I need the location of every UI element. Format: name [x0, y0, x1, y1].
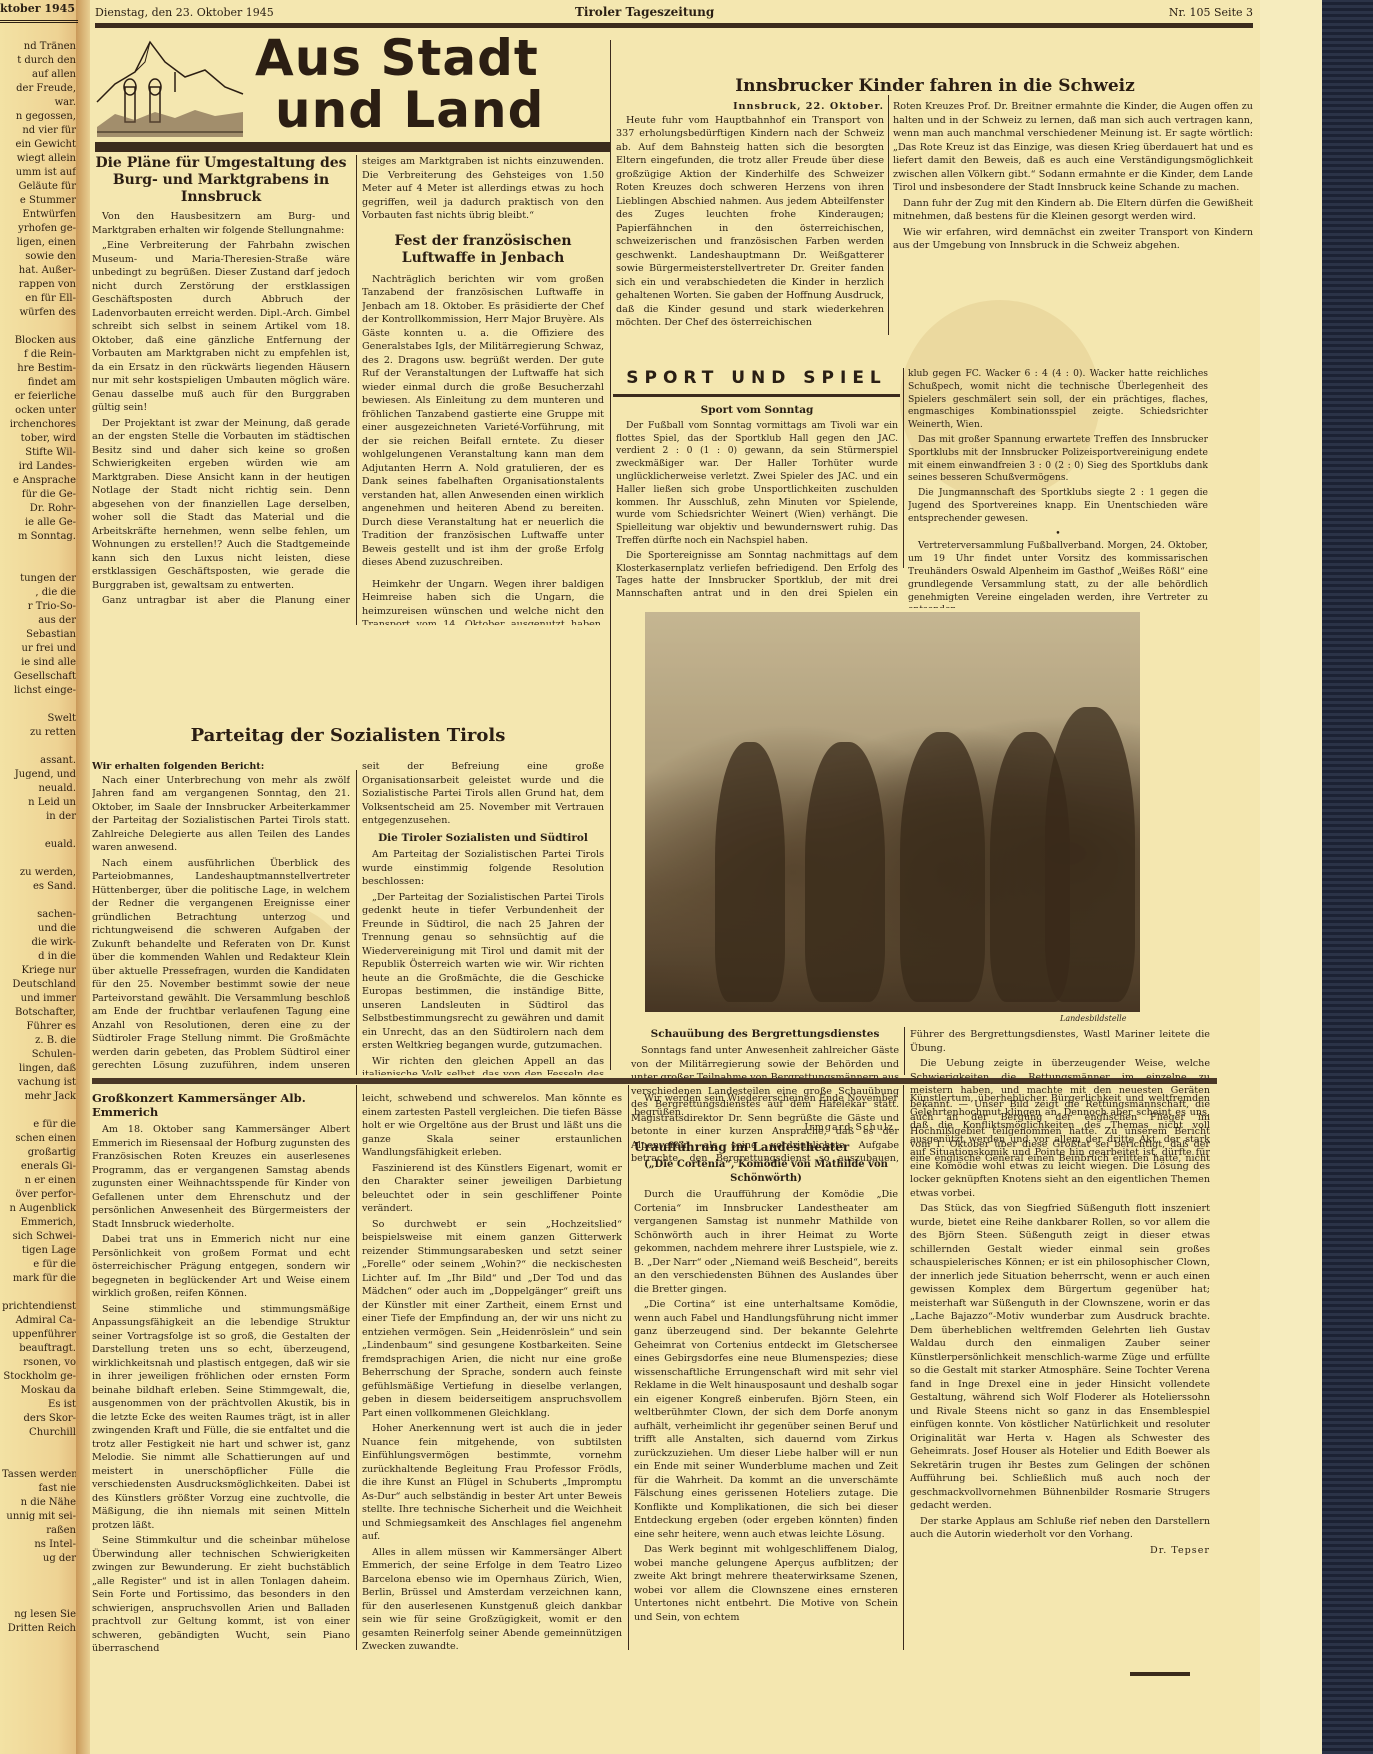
article-paragraph: Die Sportereignisse am Sonntag nachmitta…	[616, 550, 898, 600]
previous-page-line: würfen des	[2, 306, 76, 320]
article-paragraph: Alles in allem müssen wir Kammersänger A…	[362, 1546, 622, 1653]
article-paragraph: Nach einem ausführlichen Überblick des P…	[92, 857, 350, 1076]
previous-page-line: hre Bestim-	[2, 362, 76, 376]
article-paragraph: Der starke Applaus am Schluße rief neben…	[910, 1515, 1210, 1542]
previous-page-line: nd Tränen	[2, 40, 76, 54]
article-paragraph: Nachträglich berichten wir vom großen Ta…	[362, 273, 604, 570]
article-subheadline: Sport vom Sonntag	[616, 404, 898, 417]
article-author: Irmgard Schulz.	[634, 1121, 898, 1135]
previous-page-line: nd vier für	[2, 124, 76, 138]
article-paragraph: Hoher Anerkennung wert ist auch die in j…	[362, 1422, 622, 1544]
page-margin	[1260, 0, 1324, 1754]
article-headline: Die Pläne für Umgestaltung des Burg- und…	[92, 155, 350, 206]
previous-page-line: tungen der	[2, 572, 76, 586]
section-title-sport: SPORT UND SPIEL	[613, 368, 900, 397]
article-headline: Innsbrucker Kinder fahren in die Schweiz	[620, 76, 1250, 96]
article-paragraph: Wir werden sein Wiedererscheinen Ende No…	[634, 1092, 898, 1119]
article-cortenia-cont: Künstlertum, überheblicher Bürgerlichkei…	[910, 1092, 1210, 1652]
previous-page-line: t durch den	[2, 54, 76, 68]
previous-page-line: für die Ge-	[2, 488, 76, 502]
article-paragraph: „Der Parteitag der Sozialistischen Parte…	[362, 891, 604, 1053]
article-headline: Parteitag der Sozialisten Tirols	[92, 725, 604, 746]
previous-page-line: vachung ist	[2, 1076, 76, 1090]
previous-page-line: e für die	[2, 1118, 76, 1132]
article-author: Dr. Tepser	[910, 1544, 1210, 1558]
column-rule	[356, 155, 357, 625]
previous-page-line: Dr. Rohr-	[2, 502, 76, 516]
masthead-rule	[95, 142, 610, 152]
previous-page-line: n Leid un	[2, 796, 76, 810]
previous-page-line: unnig mit sei-	[2, 1510, 76, 1524]
header-rule	[95, 23, 1253, 28]
column-rule	[356, 1085, 357, 1650]
article-paragraph: Faszinierend ist des Künstlers Eigenart,…	[362, 1162, 622, 1216]
article-kinder-schweiz-cont: Roten Kreuzes Prof. Dr. Breitner ermahnt…	[893, 100, 1253, 340]
previous-page-line: lingen, daß	[2, 1062, 76, 1076]
previous-page-line: f die Rein-	[2, 348, 76, 362]
previous-page-line: irchenchores	[2, 418, 76, 432]
previous-page-line: n Augenblick	[2, 1202, 76, 1216]
previous-page-line: Stockholm ge-	[2, 1370, 76, 1384]
article-paragraph: Das mit großer Spannung erwartete Treffe…	[908, 434, 1208, 485]
book-binding	[1322, 0, 1373, 1754]
article-paragraph: Vertreterversammlung Fußballverband. Mor…	[908, 540, 1208, 608]
article-kinder-schweiz: Innsbruck, 22. Oktober. Heute fuhr vom H…	[616, 100, 884, 340]
previous-page-line: aus der	[2, 614, 76, 628]
previous-page-line: sachen-	[2, 908, 76, 922]
article-paragraph: steiges am Marktgraben ist nichts einzuw…	[362, 155, 604, 223]
section-masthead: Aus Stadt und Land	[95, 30, 610, 140]
article-paragraph: Dabei trat uns in Emmerich nicht nur ein…	[92, 1233, 350, 1301]
article-paragraph: Seine Stimmkultur und die scheinbar mühe…	[92, 1534, 350, 1652]
masthead-title-line1: Aus Stadt	[255, 30, 539, 86]
previous-page-line: beauftragt.	[2, 1342, 76, 1356]
previous-page-line: schen einen	[2, 1132, 76, 1146]
previous-page-line: e für die	[2, 1258, 76, 1272]
article-sport: Sport vom Sonntag Der Fußball vom Sonnta…	[616, 400, 898, 600]
previous-page-rule	[0, 20, 78, 23]
previous-page-line: er feierliche	[2, 390, 76, 404]
article-parteitag: Wir erhalten folgenden Bericht: Nach ein…	[92, 760, 350, 1075]
article-paragraph: Das Werk beginnt mit wohlgeschliffenem D…	[634, 1543, 898, 1624]
column-rule	[904, 1027, 905, 1075]
previous-page-line: ie sind alle	[2, 656, 76, 670]
article-headline: Schauübung des Bergrettungsdienstes	[631, 1028, 899, 1042]
photo-figure	[1045, 707, 1135, 1002]
previous-page-line: sich Schwei-	[2, 1230, 76, 1244]
previous-page-line: tober, wird	[2, 432, 76, 446]
previous-page-line: und immer	[2, 992, 76, 1006]
article-paragraph: Roten Kreuzes Prof. Dr. Breitner ermahnt…	[893, 100, 1253, 195]
article-intro: Wir erhalten folgenden Bericht:	[92, 760, 350, 774]
issue-page-number: Nr. 105 Seite 3	[1169, 6, 1253, 19]
newspaper-name: Tiroler Tageszeitung	[575, 5, 714, 19]
photo-figure	[900, 732, 985, 1002]
article-paragraph: Wie wir erfahren, wird demnächst ein zwe…	[893, 226, 1253, 253]
previous-page-line: Schulen-	[2, 1048, 76, 1062]
previous-page-line: findet am	[2, 376, 76, 390]
previous-page-line: en für Ell-	[2, 292, 76, 306]
previous-page-line: Churchill	[2, 1426, 76, 1440]
previous-page-line: ird Landes-	[2, 460, 76, 474]
article-luftwaffe-column: steiges am Marktgraben ist nichts einzuw…	[362, 155, 604, 625]
previous-page-line: ein Gewicht	[2, 138, 76, 152]
article-subheadline: („Die Cortenia“, Komödie von Mathilde vo…	[634, 1158, 898, 1185]
article-paragraph: Am Parteitag der Sozialistischen Partei …	[362, 848, 604, 889]
article-paragraph: So durchwebt er sein „Hochzeitslied“ bei…	[362, 1218, 622, 1421]
article-burggraben: Die Pläne für Umgestaltung des Burg- und…	[92, 155, 350, 610]
previous-page-line: war.	[2, 96, 76, 110]
page-header: Dienstag, den 23. Oktober 1945 Tiroler T…	[95, 2, 1253, 22]
article-paragraph: seit der Befreiung eine große Organisati…	[362, 760, 604, 828]
article-paragraph: Heute fuhr vom Hauptbahnhof ein Transpor…	[616, 114, 884, 330]
previous-page-line: Gesellschaft	[2, 670, 76, 684]
previous-page-line: der Freude,	[2, 82, 76, 96]
column-rule	[888, 95, 889, 335]
previous-page-line: ur frei und	[2, 642, 76, 656]
article-paragraph: Der Projektant ist zwar der Meinung, daß…	[92, 417, 350, 593]
previous-page-line: zu werden,	[2, 866, 76, 880]
article-paragraph: Durch die Uraufführung der Komödie „Die …	[634, 1188, 898, 1296]
article-paragraph: Das Stück, das von Siegfried Süßenguth f…	[910, 1202, 1210, 1513]
article-subheadline: Die Tiroler Sozialisten und Südtirol	[362, 832, 604, 846]
section-rule	[92, 1078, 1217, 1084]
previous-page-line: Jugend, und	[2, 768, 76, 782]
issue-date: Dienstag, den 23. Oktober 1945	[95, 6, 274, 19]
previous-page-line: Sebastian	[2, 628, 76, 642]
article-paragraph: Heimkehr der Ungarn. Wegen ihrer baldige…	[362, 578, 604, 626]
article-paragraph: „Eine Verbreiterung der Fahrbahn zwische…	[92, 239, 350, 415]
previous-page-line: mehr Jack	[2, 1090, 76, 1104]
previous-page-line: Kriege nur	[2, 964, 76, 978]
previous-page-line: rsonen, vo	[2, 1356, 76, 1370]
article-headline: Uraufführung im Landestheater	[634, 1141, 898, 1155]
article-paragraph: klub gegen FC. Wacker 6 : 4 (4 : 0). Wac…	[908, 368, 1208, 432]
previous-page-line: assant.	[2, 754, 76, 768]
previous-page-line: prichtendienst	[2, 1300, 76, 1314]
previous-page-line: ug der	[2, 1552, 76, 1566]
photo-figure	[715, 742, 785, 1002]
column-rule	[628, 1085, 629, 1650]
previous-page-line: hat. Außer-	[2, 264, 76, 278]
photo-credit: Landesbildstelle	[1060, 1014, 1126, 1023]
previous-page-line: uppenführer	[2, 1328, 76, 1342]
previous-page-line: ns Intel-	[2, 1538, 76, 1552]
previous-page-line: ie alle Ge-	[2, 516, 76, 530]
article-parteitag-cont: seit der Befreiung eine große Organisati…	[362, 760, 604, 1075]
column-rule	[356, 770, 357, 1075]
previous-page-line: sowie den	[2, 250, 76, 264]
previous-page-line: n gegossen,	[2, 110, 76, 124]
article-sport-cont: klub gegen FC. Wacker 6 : 4 (4 : 0). Wac…	[908, 368, 1208, 608]
previous-page-line: Geläute für	[2, 180, 76, 194]
previous-page-line: Dritten Reich	[2, 1622, 76, 1636]
previous-page-line: ng lesen Sie	[2, 1608, 76, 1622]
end-ornament	[1130, 1672, 1190, 1676]
previous-page-line: wiegt allein	[2, 152, 76, 166]
previous-page-line: över perfor-	[2, 1188, 76, 1202]
previous-page-date: ktober 1945	[0, 2, 75, 15]
previous-page-line: Botschafter,	[2, 1006, 76, 1020]
previous-page-line: , die die	[2, 586, 76, 600]
previous-page-line: Stifte Wil-	[2, 446, 76, 460]
previous-page-line: euald.	[2, 838, 76, 852]
previous-page-line: ders Skor-	[2, 1412, 76, 1426]
previous-page-line: Blocken aus	[2, 334, 76, 348]
previous-page-line: fast nie	[2, 1482, 76, 1496]
previous-page-line: enerals Gi-	[2, 1160, 76, 1174]
article-paragraph: Ganz untragbar ist aber die Planung eine…	[92, 594, 350, 610]
column-rule	[610, 40, 611, 1070]
previous-page-line: Führer es	[2, 1020, 76, 1034]
article-paragraph: leicht, schwebend und schwerelos. Man kö…	[362, 1092, 622, 1160]
previous-page-line: Emmerich,	[2, 1216, 76, 1230]
article-emmerich: Großkonzert Kammersänger Alb. Emmerich A…	[92, 1092, 350, 1652]
previous-page-line: auf allen	[2, 68, 76, 82]
previous-page-line: d in die	[2, 950, 76, 964]
article-paragraph: Der Fußball vom Sonntag vormittags am Ti…	[616, 420, 898, 548]
article-paragraph: Seine stimmliche und stimmungsmäßige Anp…	[92, 1303, 350, 1533]
article-paragraph: Von den Hausbesitzern am Burg- und Markt…	[92, 210, 350, 237]
previous-page-line: m Sonntag.	[2, 530, 76, 544]
article-headline: Fest der französischen Luftwaffe in Jenb…	[362, 233, 604, 267]
article-paragraph: Am 18. Oktober sang Kammersänger Albert …	[92, 1123, 350, 1231]
previous-page-line: umm ist auf	[2, 166, 76, 180]
previous-page-line: e Stummer	[2, 194, 76, 208]
column-rule	[903, 368, 904, 568]
previous-page-line: lichst einge-	[2, 684, 76, 698]
article-paragraph: Nach einer Unterbrechung von mehr als zw…	[92, 774, 350, 855]
previous-page-line: ligen, einen	[2, 236, 76, 250]
article-paragraph: Dann fuhr der Zug mit den Kindern ab. Di…	[893, 197, 1253, 224]
article-emmerich-cont: leicht, schwebend und schwerelos. Man kö…	[362, 1092, 622, 1652]
innsbruck-skyline-mountains-icon	[95, 32, 245, 140]
previous-page-line: ocken unter	[2, 404, 76, 418]
article-paragraph: Die Jungmannschaft des Sportklubs siegte…	[908, 487, 1208, 525]
masthead-title-line2: und Land	[275, 82, 544, 138]
page-gutter	[76, 0, 90, 1754]
previous-page-line: mark für die	[2, 1272, 76, 1286]
photo-figure	[805, 742, 885, 1002]
article-cortenia: Wir werden sein Wiedererscheinen Ende No…	[634, 1092, 898, 1652]
previous-page-line: zu retten	[2, 726, 76, 740]
article-paragraph: Führer des Bergrettungsdienstes, Wastl M…	[910, 1028, 1210, 1055]
previous-page-line: und die	[2, 922, 76, 936]
previous-page-line: raßen	[2, 1524, 76, 1538]
article-paragraph: Künstlertum, überheblicher Bürgerlichkei…	[910, 1092, 1210, 1200]
article-paragraph: „Die Cortina“ ist eine unterhaltsame Kom…	[634, 1298, 898, 1541]
previous-page-line: tigen Lage	[2, 1244, 76, 1258]
previous-page-line: Es ist	[2, 1398, 76, 1412]
article-paragraph: Wir richten den gleichen Appell an das i…	[362, 1055, 604, 1076]
previous-page-line: rappen von	[2, 278, 76, 292]
article-headline: Großkonzert Kammersänger Alb. Emmerich	[92, 1092, 350, 1119]
previous-page-line: r Trio-So-	[2, 600, 76, 614]
previous-page-line: z. B. die	[2, 1034, 76, 1048]
article-dateline: Innsbruck, 22. Oktober.	[616, 100, 884, 114]
column-rule	[903, 1085, 904, 1650]
previous-page-line: es Sand.	[2, 880, 76, 894]
previous-page-line: n die Nähe	[2, 1496, 76, 1510]
previous-page-line: großartig	[2, 1146, 76, 1160]
previous-page-line: yrhofen ge-	[2, 222, 76, 236]
previous-page-line: Tassen werden	[2, 1468, 76, 1482]
previous-page-line: neuald.	[2, 782, 76, 796]
previous-page-line: Moskau da	[2, 1384, 76, 1398]
previous-page-line: n er einen	[2, 1174, 76, 1188]
previous-page-line: in der	[2, 810, 76, 824]
previous-page-line: Admiral Ca-	[2, 1314, 76, 1328]
previous-page-line: die wirk-	[2, 936, 76, 950]
previous-page-line: Swelt	[2, 712, 76, 726]
photo-bergrettung	[645, 612, 1140, 1012]
previous-page-line: Deutschland	[2, 978, 76, 992]
previous-page-line: e Ansprache	[2, 474, 76, 488]
previous-page-line: Entwürfen	[2, 208, 76, 222]
